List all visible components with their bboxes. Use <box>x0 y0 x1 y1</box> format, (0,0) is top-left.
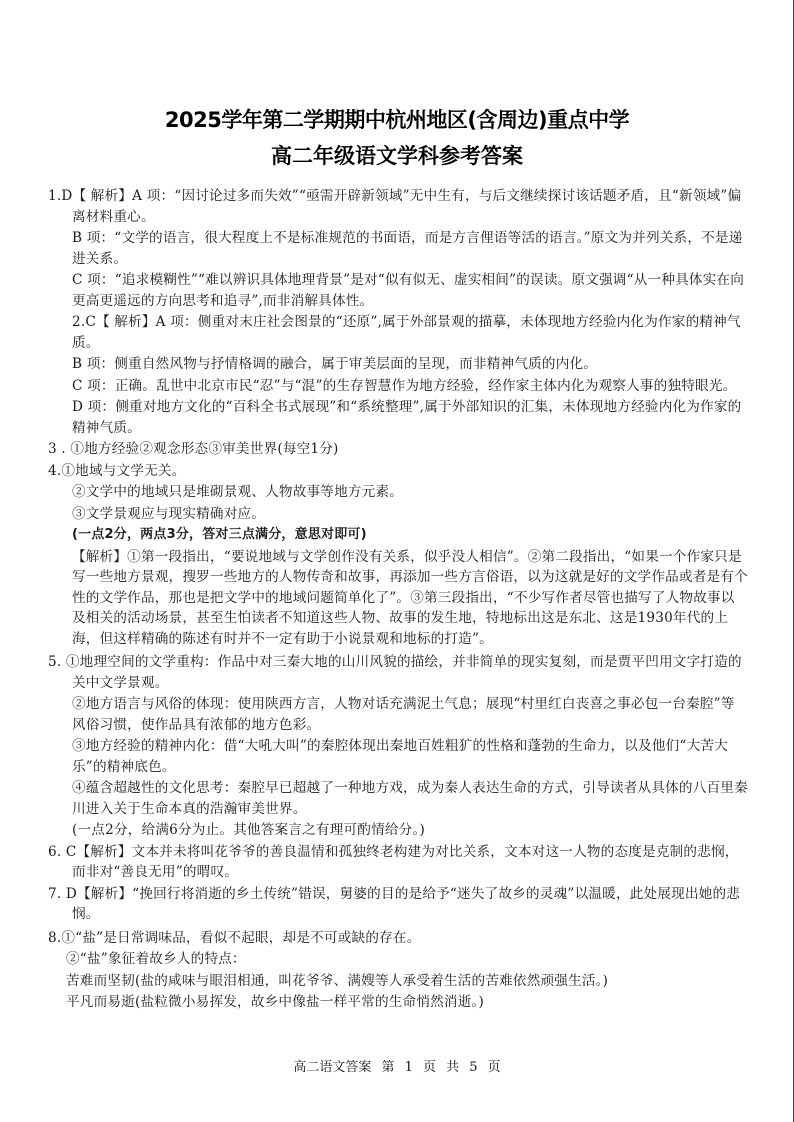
answer-1-line-3: C 项：“追求模糊性”“难以辨识具体地理背景”是对“似有似无、虚实相间”的误读。… <box>48 270 748 311</box>
answer-4-scoring: (一点2分，两点3分，答对三点满分，意思对即可) <box>48 525 748 546</box>
answer-4-line-2: ②文学中的地域只是堆砌景观、人物故事等地方元素。 <box>48 482 748 503</box>
answer-2-line-2: B 项：侧重自然风物与抒情格调的融合，属于审美层面的呈现，而非精神气质的内化。 <box>48 354 748 375</box>
answer-4-analysis: 【解析】①第一段指出，“要说地域与文学创作没有关系，似乎没人相信”。②第二段指出… <box>48 547 748 650</box>
answer-4-line-3: ③文学景观应与现实精确对应。 <box>48 504 748 525</box>
answer-1-line-2: B 项：“文学的语言，很大程度上不是标准规范的书面语，而是方言俚语等活的语言。”… <box>48 228 748 269</box>
page-footer: 高二语文答案 第 1 页 共 5 页 <box>0 1056 794 1075</box>
answer-8-line-1: 8.①“盐”是日常调味品，看似不起眼，却是不可或缺的存在。 <box>48 928 748 949</box>
answer-3-line-1: 3 . ①地方经验②观念形态③审美世界(每空1分) <box>48 439 748 460</box>
answer-content: 1.D【 解析】A 项：“因讨论过多而失效”“亟需开辟新领域”无中生有，与后文继… <box>48 186 748 1014</box>
answer-5-scoring: (一点2分，给满6分为止。其他答案言之有理可酌情给分。) <box>48 820 748 841</box>
answer-2-line-1: 2.C【 解析】A 项：侧重对末庄社会图景的“还原”,属于外部景观的描摹，未体现… <box>48 312 748 353</box>
answer-8-line-2: ②“盐”象征着故乡人的特点： <box>48 949 748 970</box>
answer-2-line-4: D 项：侧重对地方文化的“百科全书式展现”和“系统整理”,属于外部知识的汇集，未… <box>48 397 748 438</box>
answer-6-line-1: 6. C【解析】文本并未将叫花爷爷的善良温情和孤独终老构建为对比关系，文本对这一… <box>48 842 748 883</box>
answer-2-line-3: C 项：正确。乱世中北京市民“忍”与“混”的生存智慧作为地方经验，经作家主体内化… <box>48 376 748 397</box>
answer-7-line-1: 7. D【解析】“挽回行将消逝的乡土传统”错误，舅婆的目的是给予“迷失了故乡的灵… <box>48 884 748 925</box>
answer-5-line-4: ④蕴含超越性的文化思考：秦腔早已超越了一种地方戏，成为秦人表达生命的方式，引导读… <box>48 778 748 819</box>
answer-1-line-1: 1.D【 解析】A 项：“因讨论过多而失效”“亟需开辟新领域”无中生有，与后文继… <box>48 186 748 227</box>
answer-5-line-1: 5. ①地理空间的文学重构：作品中对三秦大地的山川风貌的描绘，并非简单的现实复刻… <box>48 652 748 693</box>
answer-8-line-4: 平凡而易逝(盐粒微小易挥发，故乡中像盐一样平常的生命悄然消逝。) <box>48 992 748 1013</box>
answer-5-line-2: ②地方语言与风俗的体现：使用陕西方言，人物对话充满泥土气息；展现“村里红白丧喜之… <box>48 694 748 735</box>
answer-4-line-1: 4.①地域与文学无关。 <box>48 461 748 482</box>
answer-8-line-3: 苦难而坚韧(盐的咸味与眼泪相通，叫花爷爷、满嫂等人承受着生活的苦难依然顽强生活。… <box>48 971 748 992</box>
document-title: 2025学年第二学期期中杭州地区(含周边)重点中学 <box>0 104 794 134</box>
answer-5-line-3: ③地方经验的精神内化：借“大吼大叫”的秦腔体现出秦地百姓粗犷的性格和蓬勃的生命力… <box>48 736 748 777</box>
document-subtitle: 高二年级语文学科参考答案 <box>0 140 794 170</box>
